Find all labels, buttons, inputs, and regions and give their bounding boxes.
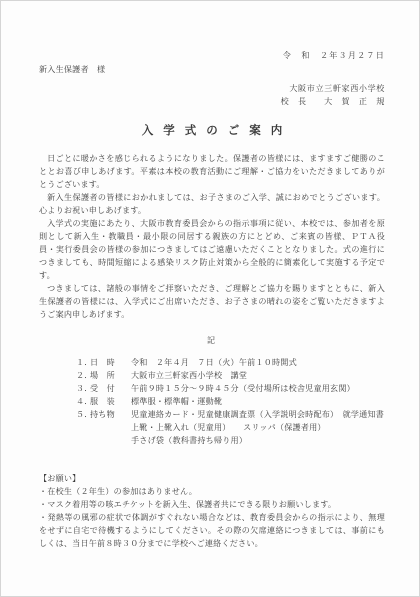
request-item-no-second-graders: ・在校生（２年生）の参加はありません。 [39,485,385,498]
list-item-value: 上靴・上靴入れ（児童用） スリッパ（保護者用） [131,423,326,432]
sender-principal-name: 校 長 大 賀 正 規 [39,96,385,109]
list-item-place: ２．場 所大阪市立三軒家西小学校 講堂 [76,369,385,382]
request-section: 【お願い】 ・在校生（２年生）の参加はありません。 ・マスク着用等の咳エチケット… [39,472,385,550]
list-item-label: 受 付 [90,382,131,395]
list-item-number: １． [76,356,90,369]
paragraph-invitation: つきましては、諸般の事情をご拝察いただき、ご理解とご協力を賜りますとともに、新入… [39,282,385,321]
sender-block: 大阪市立三軒家西小学校 校 長 大 賀 正 規 [39,83,385,108]
list-item-dress: ４．服 装標準服・標準帽・運動靴 [76,395,385,408]
record-marker: 記 [39,334,385,347]
list-item-belongings-continued: 上靴・上靴入れ（児童用） スリッパ（保護者用） [131,421,385,434]
list-item-number: ３． [76,382,90,395]
body-text: 日ごとに暖かさを感じられるようになりました。保護者の皆様には、ますますご健勝のこ… [39,152,385,321]
list-item-datetime: １．日 時令和 ２年４月 ７日（火）午前１０時開式 [76,356,385,369]
paragraph-seasonal-greeting: 日ごとに暖かさを感じられるようになりました。保護者の皆様には、ますますご健勝のこ… [39,152,385,191]
request-item-mask-etiquette: ・マスク着用等の咳エチケットを新入生、保護者共にできる限りお願いします。 [39,498,385,511]
list-item-value: 大阪市立三軒家西小学校 講堂 [131,371,247,380]
list-item-value: 標準服・標準帽・運動靴 [131,397,222,406]
list-item-belongings-continued: 手さげ袋（教科書持ち帰り用） [131,434,385,447]
list-item-number: ５． [76,408,90,421]
list-item-value: 午前９時１５分～９時４５分（受付場所は校舎児童用玄関） [131,384,355,393]
list-item-label: 持ち物 [90,408,131,421]
list-item-reception: ３．受 付午前９時１５分～９時４５分（受付場所は校舎児童用玄関） [76,382,385,395]
details-list: １．日 時令和 ２年４月 ７日（火）午前１０時開式 ２．場 所大阪市立三軒家西小… [76,356,385,447]
list-item-value: 手さげ袋（教科書持ち帰り用） [131,436,247,445]
list-item-label: 日 時 [90,356,131,369]
sender-school-name: 大阪市立三軒家西小学校 [39,83,385,96]
request-item-fever-absence: ・発熱等の風邪の症状で体調がすぐれない場合などは、教育委員会からの指示により、無… [39,511,385,550]
list-item-label: 場 所 [90,369,131,382]
paragraph-congratulations: 新入生保護者の皆様におかれましては、お子さまのご入学、誠におめでとうございます。… [39,191,385,217]
paragraph-ceremony-restrictions: 入学式の実施にあたり、大阪市教育委員会からの指示事項に従い、本校では、参加者を原… [39,217,385,282]
document-date: 令 和 ２年３月２７日 [39,49,385,62]
list-item-label: 服 装 [90,395,131,408]
list-item-number: ４． [76,395,90,408]
addressee-line: 新入生保護者 様 [39,63,385,76]
list-item-number: ２． [76,369,90,382]
request-section-header: 【お願い】 [39,472,385,485]
list-item-value: 児童連絡カード・児童健康調査票（入学説明会時配布） 就学通知書 [131,410,384,419]
list-item-value: 令和 ２年４月 ７日（火）午前１０時開式 [131,358,297,367]
document-page: 令 和 ２年３月２７日 新入生保護者 様 大阪市立三軒家西小学校 校 長 大 賀… [0,0,420,597]
list-item-belongings: ５．持ち物児童連絡カード・児童健康調査票（入学説明会時配布） 就学通知書 [76,408,385,421]
document-title: 入学式のご案内 [49,124,385,138]
